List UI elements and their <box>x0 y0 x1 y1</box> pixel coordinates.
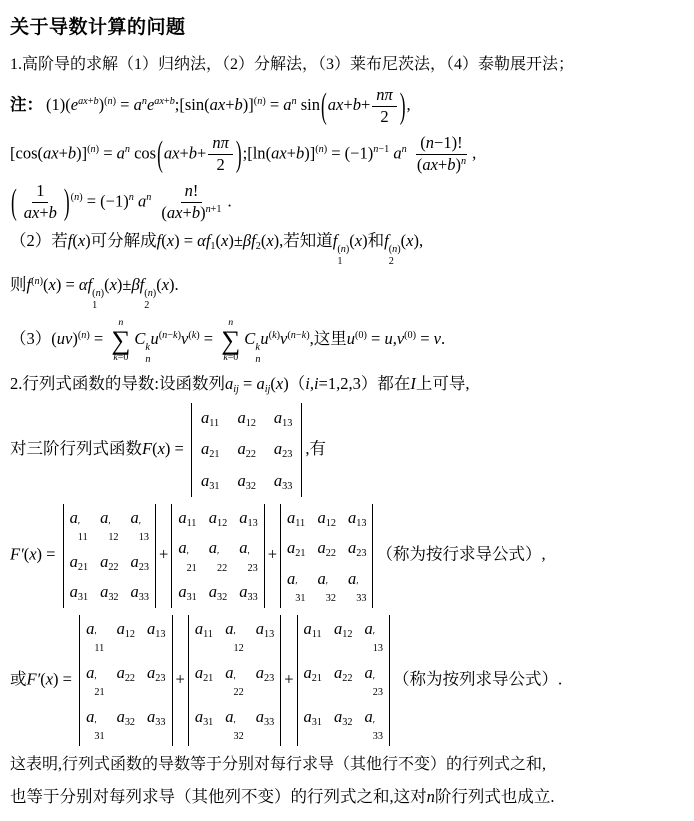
doc-title: 关于导数计算的问题 <box>10 12 682 39</box>
line-conclusion-rows: 这表明,行列式函数的导数等于分别对每行求导（其他行不变）的行列式之和, <box>10 753 682 776</box>
formula-row-derivative: F′(x) = a′11a′12a′13a21a22a23a31a32a33+a… <box>10 504 682 608</box>
formula-note-exp-sin: 注：(1)(eax+b)(n) = aneax+b;[sin(ax+b)](n)… <box>10 86 682 127</box>
line-conclusion-cols: 也等于分别对每列求导（其他列不变）的行列式之和,这对n阶行列式也成立. <box>10 786 682 807</box>
page: { "page": { "title": "关于导数计算的问题", "lines… <box>0 0 694 821</box>
formula-leibniz: （3）(uv)(n) = n∑k=0Cknu(n−k)v(k) = n∑k=0C… <box>10 318 682 365</box>
document: 关于导数计算的问题 1.高阶导的求解（1）归纳法，（2）分解法，（3）莱布尼茨法… <box>10 12 682 808</box>
formula-determinant-def: 对三阶行列式函数F(x) = a11a12a13a21a22a23a31a32a… <box>10 403 682 497</box>
line-methods: 1.高阶导的求解（1）归纳法，（2）分解法，（3）莱布尼茨法，（4）泰勒展开法； <box>10 53 682 76</box>
formula-col-derivative: 或F′(x) = a′11a12a13a′21a22a23a′31a32a33+… <box>10 615 682 746</box>
line-determinant-intro: 2.行列式函数的导数:设函数列aij = aij(x)（i,i=1,2,3）都在… <box>10 373 682 396</box>
formula-cos-ln: [cos(ax+b)](n) = an cos(ax+b+nπ2);[ln(ax… <box>10 134 682 175</box>
formula-reciprocal-power: (1ax+b)(n) = (−1)n an n!(ax+b)n+1. <box>10 182 682 223</box>
note-label: 注： <box>10 96 43 114</box>
formula-linearity-intro: （2）若f(x)可分解成f(x) = αf1(x)±βf2(x),若知道f(n)… <box>10 230 682 267</box>
formula-exp-sin: (1)(eax+b)(n) = aneax+b;[sin(ax+b)](n) =… <box>46 95 411 114</box>
formula-linearity-result: 则f(n)(x) = αf(n)1(x)±βf(n)2(x). <box>10 274 682 311</box>
